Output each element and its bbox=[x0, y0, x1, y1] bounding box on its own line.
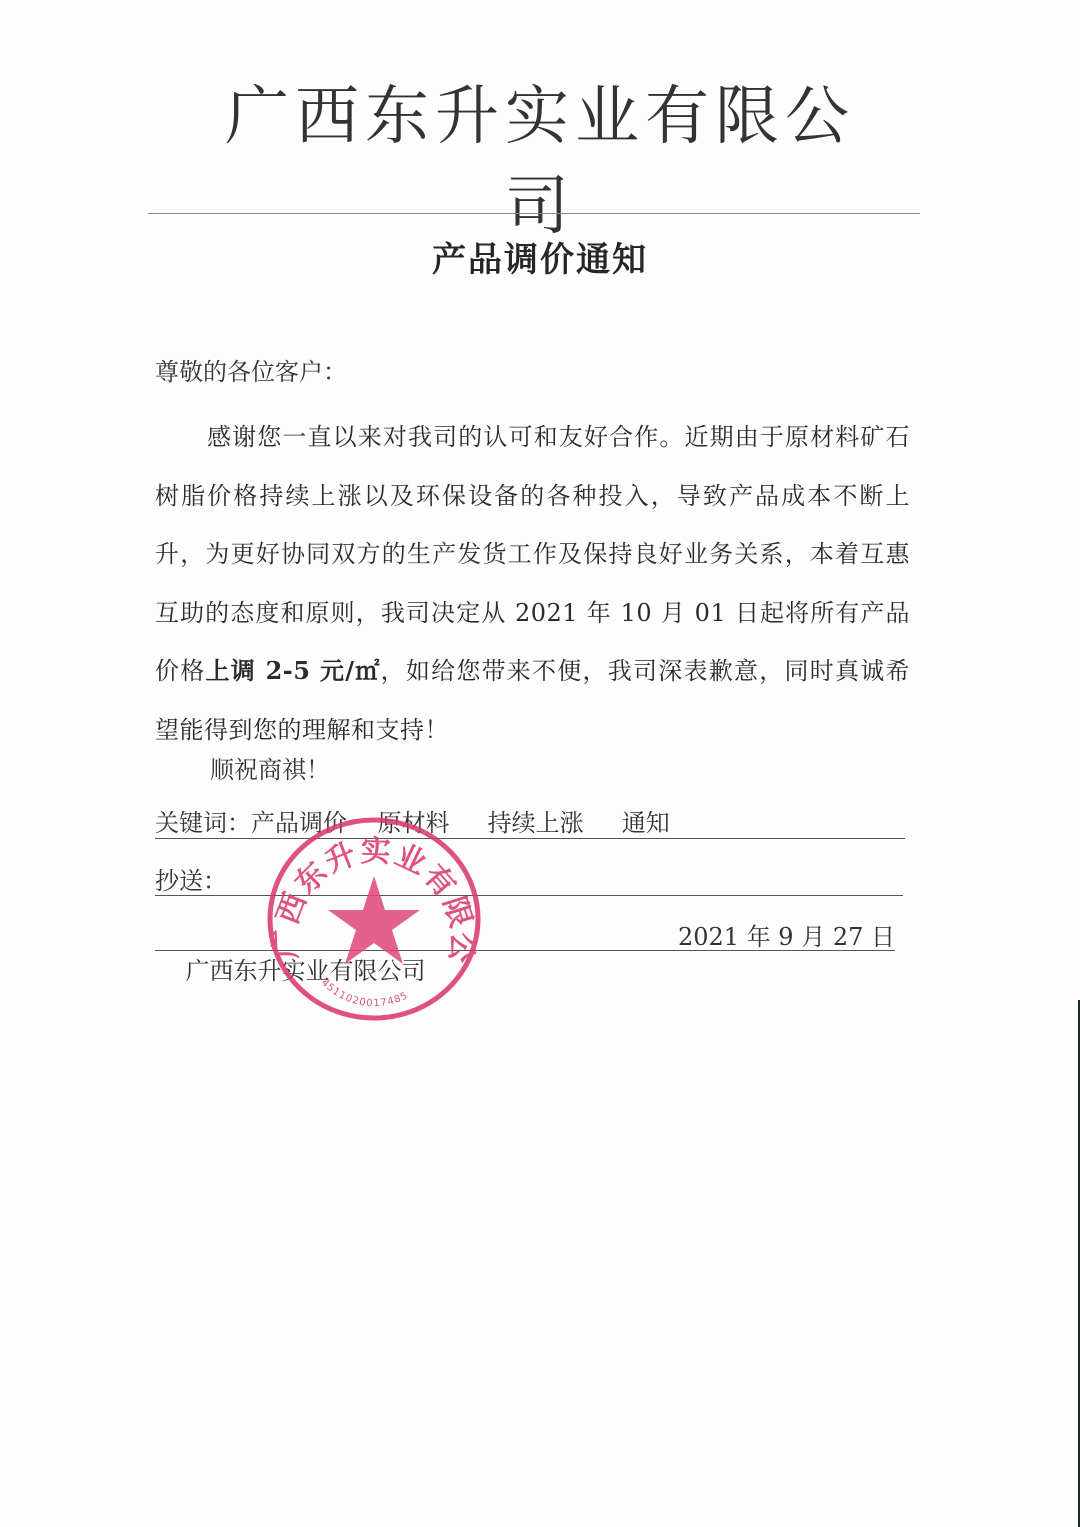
body-text-part1: 感谢您一直以来对我司的认可和友好合作。近期由于原材料矿石树脂价格持续上涨以及环保… bbox=[155, 423, 910, 685]
keywords-row: 关键词：产品调价 原材料 持续上涨 通知 bbox=[155, 806, 905, 840]
document-page: 广西东升实业有限公司 产品调价通知 尊敬的各位客户： 感谢您一直以来对我司的认可… bbox=[0, 0, 1080, 1527]
signatory-company: 广西东升实业有限公司 bbox=[186, 957, 426, 985]
body-paragraph: 感谢您一直以来对我司的认可和友好合作。近期由于原材料矿石树脂价格持续上涨以及环保… bbox=[155, 408, 910, 759]
price-increase-emphasis: 上调 2-5 元/㎡ bbox=[206, 656, 381, 685]
signature-date: 2021 年 9 月 27 日 bbox=[678, 920, 895, 954]
keywords-underline bbox=[155, 838, 905, 839]
company-letterhead: 广西东升实业有限公司 bbox=[200, 72, 880, 252]
signature-underline bbox=[155, 950, 895, 951]
closing-greeting: 顺祝商祺！ bbox=[210, 750, 330, 790]
cc-row: 抄送： bbox=[155, 864, 905, 898]
letterhead-divider bbox=[148, 213, 920, 214]
signature-row: 广西东升实业有限公司 2021 年 9 月 27 日 bbox=[155, 920, 895, 1056]
document-title: 产品调价通知 bbox=[380, 232, 700, 288]
salutation: 尊敬的各位客户： bbox=[155, 352, 347, 392]
cc-underline bbox=[155, 895, 903, 896]
